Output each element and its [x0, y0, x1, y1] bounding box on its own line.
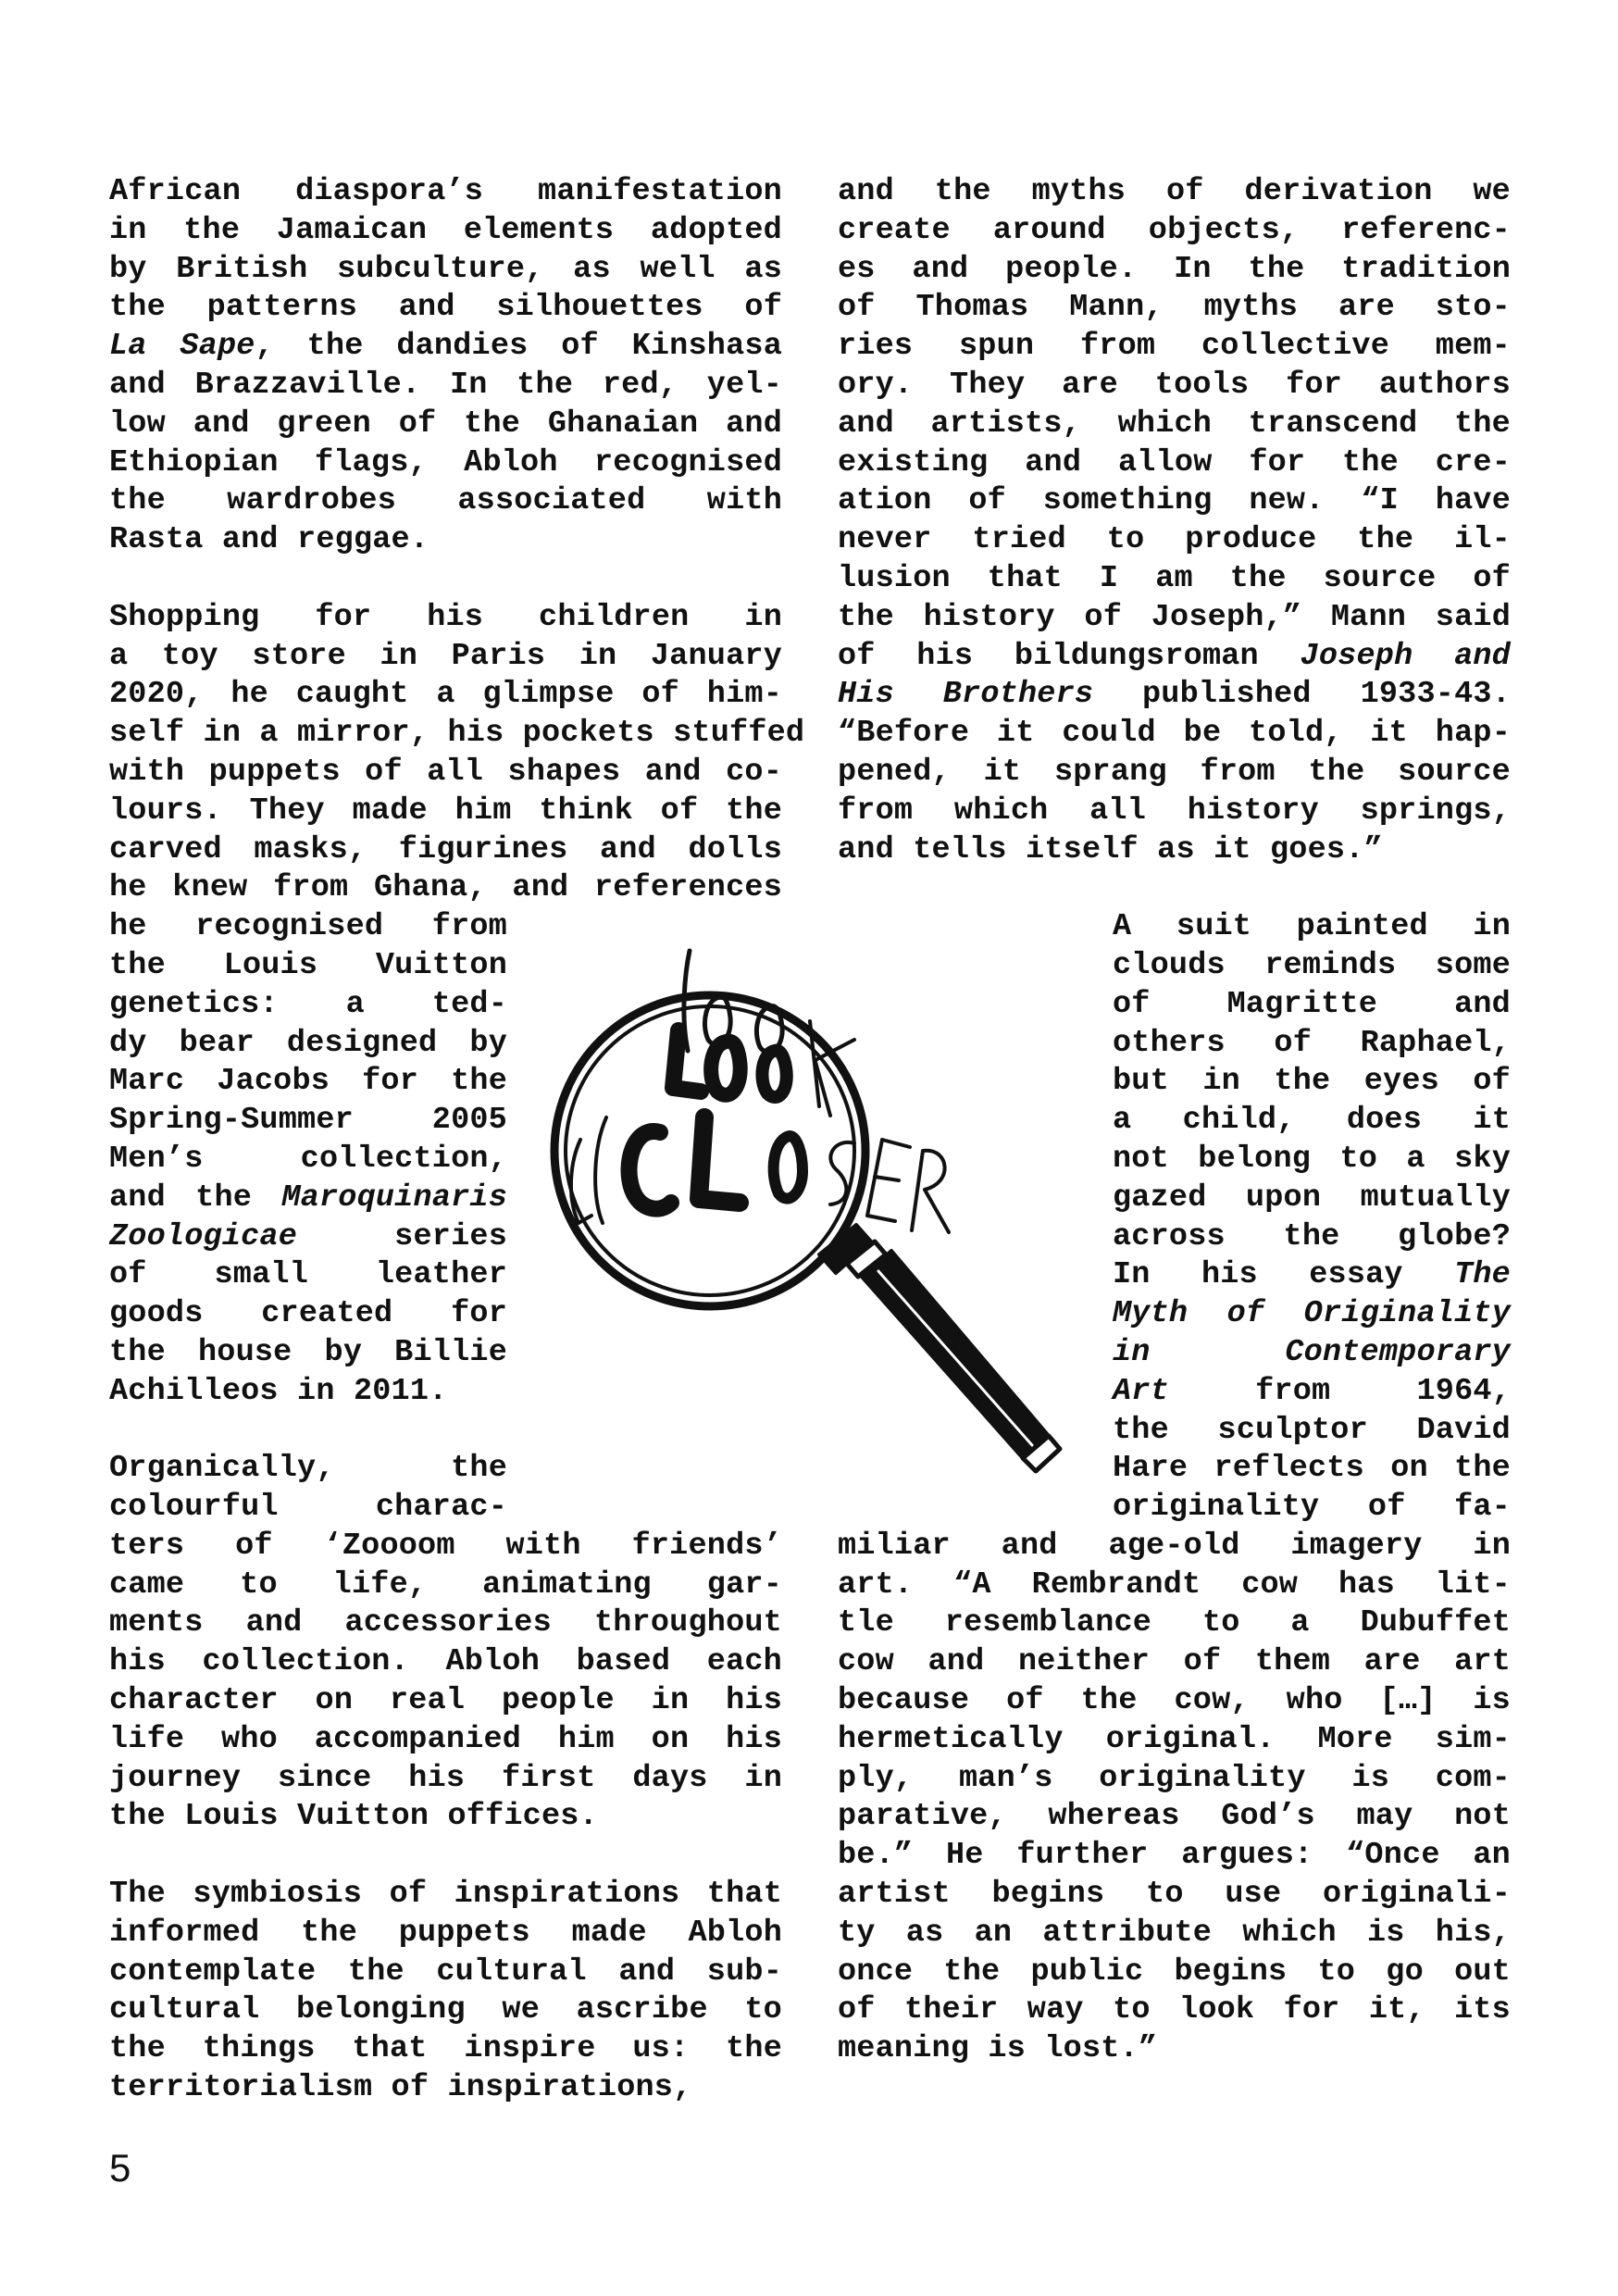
left-para-3-full: ters of ‘Zoooom with friends’came to lif… — [109, 1528, 782, 1837]
text-line: of Magritte and — [1113, 986, 1511, 1025]
text-line: once the public begins to go out — [838, 1953, 1511, 1992]
text-line: dy bear designed by — [109, 1025, 507, 1064]
text-line: the Louis Vuitton — [109, 947, 507, 986]
text-line: ty as an attribute which is his, — [838, 1915, 1511, 1953]
text-line: es and people. In the tradition — [838, 251, 1511, 290]
text-line: of small leather — [109, 1256, 507, 1295]
text-line: miliar and age-old imagery in — [838, 1528, 1511, 1566]
right-para-1: and the myths of derivation wecreate aro… — [838, 173, 1511, 869]
text-line: the Louis Vuitton offices. — [109, 1798, 782, 1837]
text-line: the sculptor David — [1113, 1412, 1511, 1451]
text-line: across the globe? — [1113, 1218, 1511, 1257]
text-line: with puppets of all shapes and co- — [109, 754, 782, 792]
text-line: hermetically original. More sim- — [838, 1721, 1511, 1760]
left-para-4: The symbiosis of inspirations thatinform… — [109, 1876, 782, 2108]
text-line: lours. They made him think of the — [109, 792, 782, 831]
text-line: clouds reminds some — [1113, 947, 1511, 986]
text-line: goods created for — [109, 1295, 507, 1334]
text-line: Myth of Originality — [1113, 1295, 1511, 1334]
text-line: came to life, animating gar- — [109, 1566, 782, 1605]
text-line: African diaspora’s manifestation — [109, 173, 782, 212]
text-line: self in a mirror, his pockets stuffed — [109, 715, 782, 754]
text-line: ries spun from collective mem- — [838, 328, 1511, 367]
text-line: create around objects, referenc- — [838, 212, 1511, 251]
text-line: but in the eyes of — [1113, 1063, 1511, 1102]
left-para-2-full: Shopping for his children ina toy store … — [109, 599, 782, 908]
text-line: carved masks, figurines and dolls — [109, 831, 782, 870]
text-line: a child, does it — [1113, 1102, 1511, 1141]
text-line: character on real people in his — [109, 1682, 782, 1721]
text-line: existing and allow for the cre- — [838, 444, 1511, 483]
text-line: Ethiopian flags, Abloh recognised — [109, 444, 782, 483]
text-line: A suit painted in — [1113, 908, 1511, 947]
text-line: he knew from Ghana, and references — [109, 869, 782, 908]
text-line: Men’s collection, — [109, 1141, 507, 1179]
left-para-3-wrap: Organically, thecolourful charac- — [109, 1450, 507, 1528]
left-para-1: African diaspora’s manifestationin the J… — [109, 173, 782, 560]
text-line: Organically, the — [109, 1450, 507, 1489]
text-line: Rasta and reggae. — [109, 521, 782, 560]
text-line: of his bildungsroman Joseph and — [838, 638, 1511, 677]
text-line: not belong to a sky — [1113, 1141, 1511, 1179]
text-line: ments and accessories throughout — [109, 1604, 782, 1643]
text-line: and artists, which transcend the — [838, 406, 1511, 444]
text-line: pened, it sprang from the source — [838, 754, 1511, 792]
text-line: tle resemblance to a Dubuffet — [838, 1604, 1511, 1643]
right-para-2-wrap: A suit painted inclouds reminds someof M… — [1113, 908, 1511, 1528]
text-line: cultural belonging we ascribe to — [109, 1991, 782, 2030]
text-line: of their way to look for it, its — [838, 1991, 1511, 2030]
right-para-2-full: miliar and age-old imagery inart. “A Rem… — [838, 1528, 1511, 2069]
text-line: in the Jamaican elements adopted — [109, 212, 782, 251]
text-line: His Brothers published 1933-43. — [838, 676, 1511, 715]
text-line: the patterns and silhouettes of — [109, 289, 782, 328]
text-line: lusion that I am the source of — [838, 560, 1511, 599]
text-line: the house by Billie — [109, 1334, 507, 1373]
text-line: the things that inspire us: the — [109, 2030, 782, 2069]
magnifying-glass-icon — [541, 921, 1078, 1481]
text-line: the history of Joseph,” Mann said — [838, 599, 1511, 638]
text-line: Marc Jacobs for the — [109, 1063, 507, 1102]
text-line: in Contemporary — [1113, 1334, 1511, 1373]
text-line: low and green of the Ghanaian and — [109, 406, 782, 444]
text-line: ters of ‘Zoooom with friends’ — [109, 1528, 782, 1566]
text-line: originality of fa- — [1113, 1489, 1511, 1528]
text-line: others of Raphael, — [1113, 1025, 1511, 1064]
text-line: of Thomas Mann, myths are sto- — [838, 289, 1511, 328]
text-line: Spring-Summer 2005 — [109, 1102, 507, 1141]
text-line: artist begins to use originali- — [838, 1876, 1511, 1915]
text-line: genetics: a ted- — [109, 986, 507, 1025]
text-line: from which all history springs, — [838, 792, 1511, 831]
text-line: because of the cow, who […] is — [838, 1682, 1511, 1721]
text-line: meaning is lost.” — [838, 2030, 1511, 2069]
text-line: his collection. Abloh based each — [109, 1643, 782, 1682]
text-line: informed the puppets made Abloh — [109, 1915, 782, 1953]
text-line: Hare reflects on the — [1113, 1450, 1511, 1489]
text-line: ply, man’s originality is com- — [838, 1760, 1511, 1799]
text-line: Art from 1964, — [1113, 1373, 1511, 1412]
left-para-2-wrap: he recognised fromthe Louis Vuittongenet… — [109, 908, 507, 1411]
text-line: contemplate the cultural and sub- — [109, 1953, 782, 1992]
text-line: art. “A Rembrandt cow has lit- — [838, 1566, 1511, 1605]
page-number: 5 — [109, 2146, 131, 2190]
text-line: 2020, he caught a glimpse of him- — [109, 676, 782, 715]
text-line: colourful charac- — [109, 1489, 507, 1528]
text-line: Zoologicae series — [109, 1218, 507, 1257]
text-line: the wardrobes associated with — [109, 482, 782, 521]
text-line: Achilleos in 2011. — [109, 1373, 507, 1412]
text-line: The symbiosis of inspirations that — [109, 1876, 782, 1915]
text-line: gazed upon mutually — [1113, 1179, 1511, 1218]
text-line: ation of something new. “I have — [838, 482, 1511, 521]
text-line: and the Maroquinaris — [109, 1179, 507, 1218]
text-line: and Brazzaville. In the red, yel- — [109, 367, 782, 406]
text-line: ory. They are tools for authors — [838, 367, 1511, 406]
text-line: parative, whereas God’s may not — [838, 1798, 1511, 1837]
text-line: he recognised from — [109, 908, 507, 947]
text-line: life who accompanied him on his — [109, 1721, 782, 1760]
text-line: journey since his first days in — [109, 1760, 782, 1799]
text-line: by British subculture, as well as — [109, 251, 782, 290]
text-line: territorialism of inspirations, — [109, 2069, 782, 2108]
text-line: and tells itself as it goes.” — [838, 831, 1511, 870]
text-line: a toy store in Paris in January — [109, 638, 782, 677]
text-line: Shopping for his children in — [109, 599, 782, 638]
text-line: and the myths of derivation we — [838, 173, 1511, 212]
text-line: “Before it could be told, it hap- — [838, 715, 1511, 754]
text-line: be.” He further argues: “Once an — [838, 1837, 1511, 1876]
text-line: La Sape, the dandies of Kinshasa — [109, 328, 782, 367]
look-closer-illustration — [541, 921, 1078, 1481]
text-line: never tried to produce the il- — [838, 521, 1511, 560]
text-line: In his essay The — [1113, 1256, 1511, 1295]
text-line: cow and neither of them are art — [838, 1643, 1511, 1682]
